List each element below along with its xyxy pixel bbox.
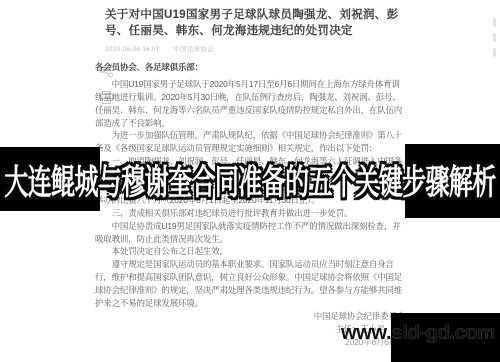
overlay-headline: 大连鲲城与穆谢奎合同准备的五个关键步骤解析: [0, 146, 500, 210]
document-line: 中国足球协会纪律委员会: [95, 310, 417, 323]
scrollbar[interactable]: [493, 18, 496, 27]
document-line: 练基地进行集训。2020年5月30日晚，在队伍例行查房后，陶强龙、刘祝润、彭号、: [95, 91, 417, 104]
article-title-line2: 号、任丽昊、韩东、何龙海违规违纪的处罚决定: [105, 23, 401, 39]
document-line: 各会员协会、各足球俱乐部：: [95, 61, 417, 74]
scrollbar[interactable]: [493, 33, 496, 42]
document-line: 任丽昊、韩东、何龙海等六名队员严重违反国家队疫情防控规定私自外出，在队伍内: [95, 104, 417, 117]
article-meta: 2020-06-06 16:07 中国足球协会: [105, 44, 226, 53]
publisher-name: 中国足球协会: [174, 46, 214, 53]
document-line: 护来之不易的足球发展环境。: [95, 297, 417, 310]
document-line: 部造成了不良影响。: [95, 117, 417, 130]
document-line: 球协会纪律准则》的规定，坚决严肃处理各类违规违纪行为。望各参与方能够共同维: [95, 284, 417, 297]
publish-date: 2020-06-06 16:07: [105, 46, 160, 53]
article-page: { "article": { "title_line1": "关于对中国U19国…: [0, 0, 500, 362]
document-line: 中国U19国家男子足球队于2020年5月17日至6月6日期间在上海东方绿舟体育训: [95, 78, 417, 91]
watermark-url: www.sld-gd.com: [341, 322, 495, 345]
document-line: 中国足协责成U19男足国家队就落实疫情防控工作不严的情况做出深刻检查，并: [95, 220, 417, 233]
scrollbar[interactable]: [493, 48, 496, 57]
document-line: 本处罚决定自公布之日起生效。: [95, 245, 417, 258]
document-line: 遵守规定是国家队运动员的基本职业要求。国家队运动员应当时刻注意自身言: [95, 258, 417, 271]
document-line: 吸取教训，防止此类情况再次发生。: [95, 233, 417, 246]
article-title-line1: 关于对中国U19国家男子足球队球员陶强龙、刘祝润、彭: [105, 7, 401, 23]
document-line: 为进一步加强队伍管理，严肃队规队纪，依据《中国足球协会纪律准则》第八十: [95, 129, 417, 142]
document-line: 行，维护和提高国家队团队意识，树立良好公众形象。中国足球协会将依照《中国足: [95, 271, 417, 284]
article-title: 关于对中国U19国家男子足球队球员陶强龙、刘祝润、彭 号、任丽昊、韩东、何龙海违…: [105, 7, 401, 39]
